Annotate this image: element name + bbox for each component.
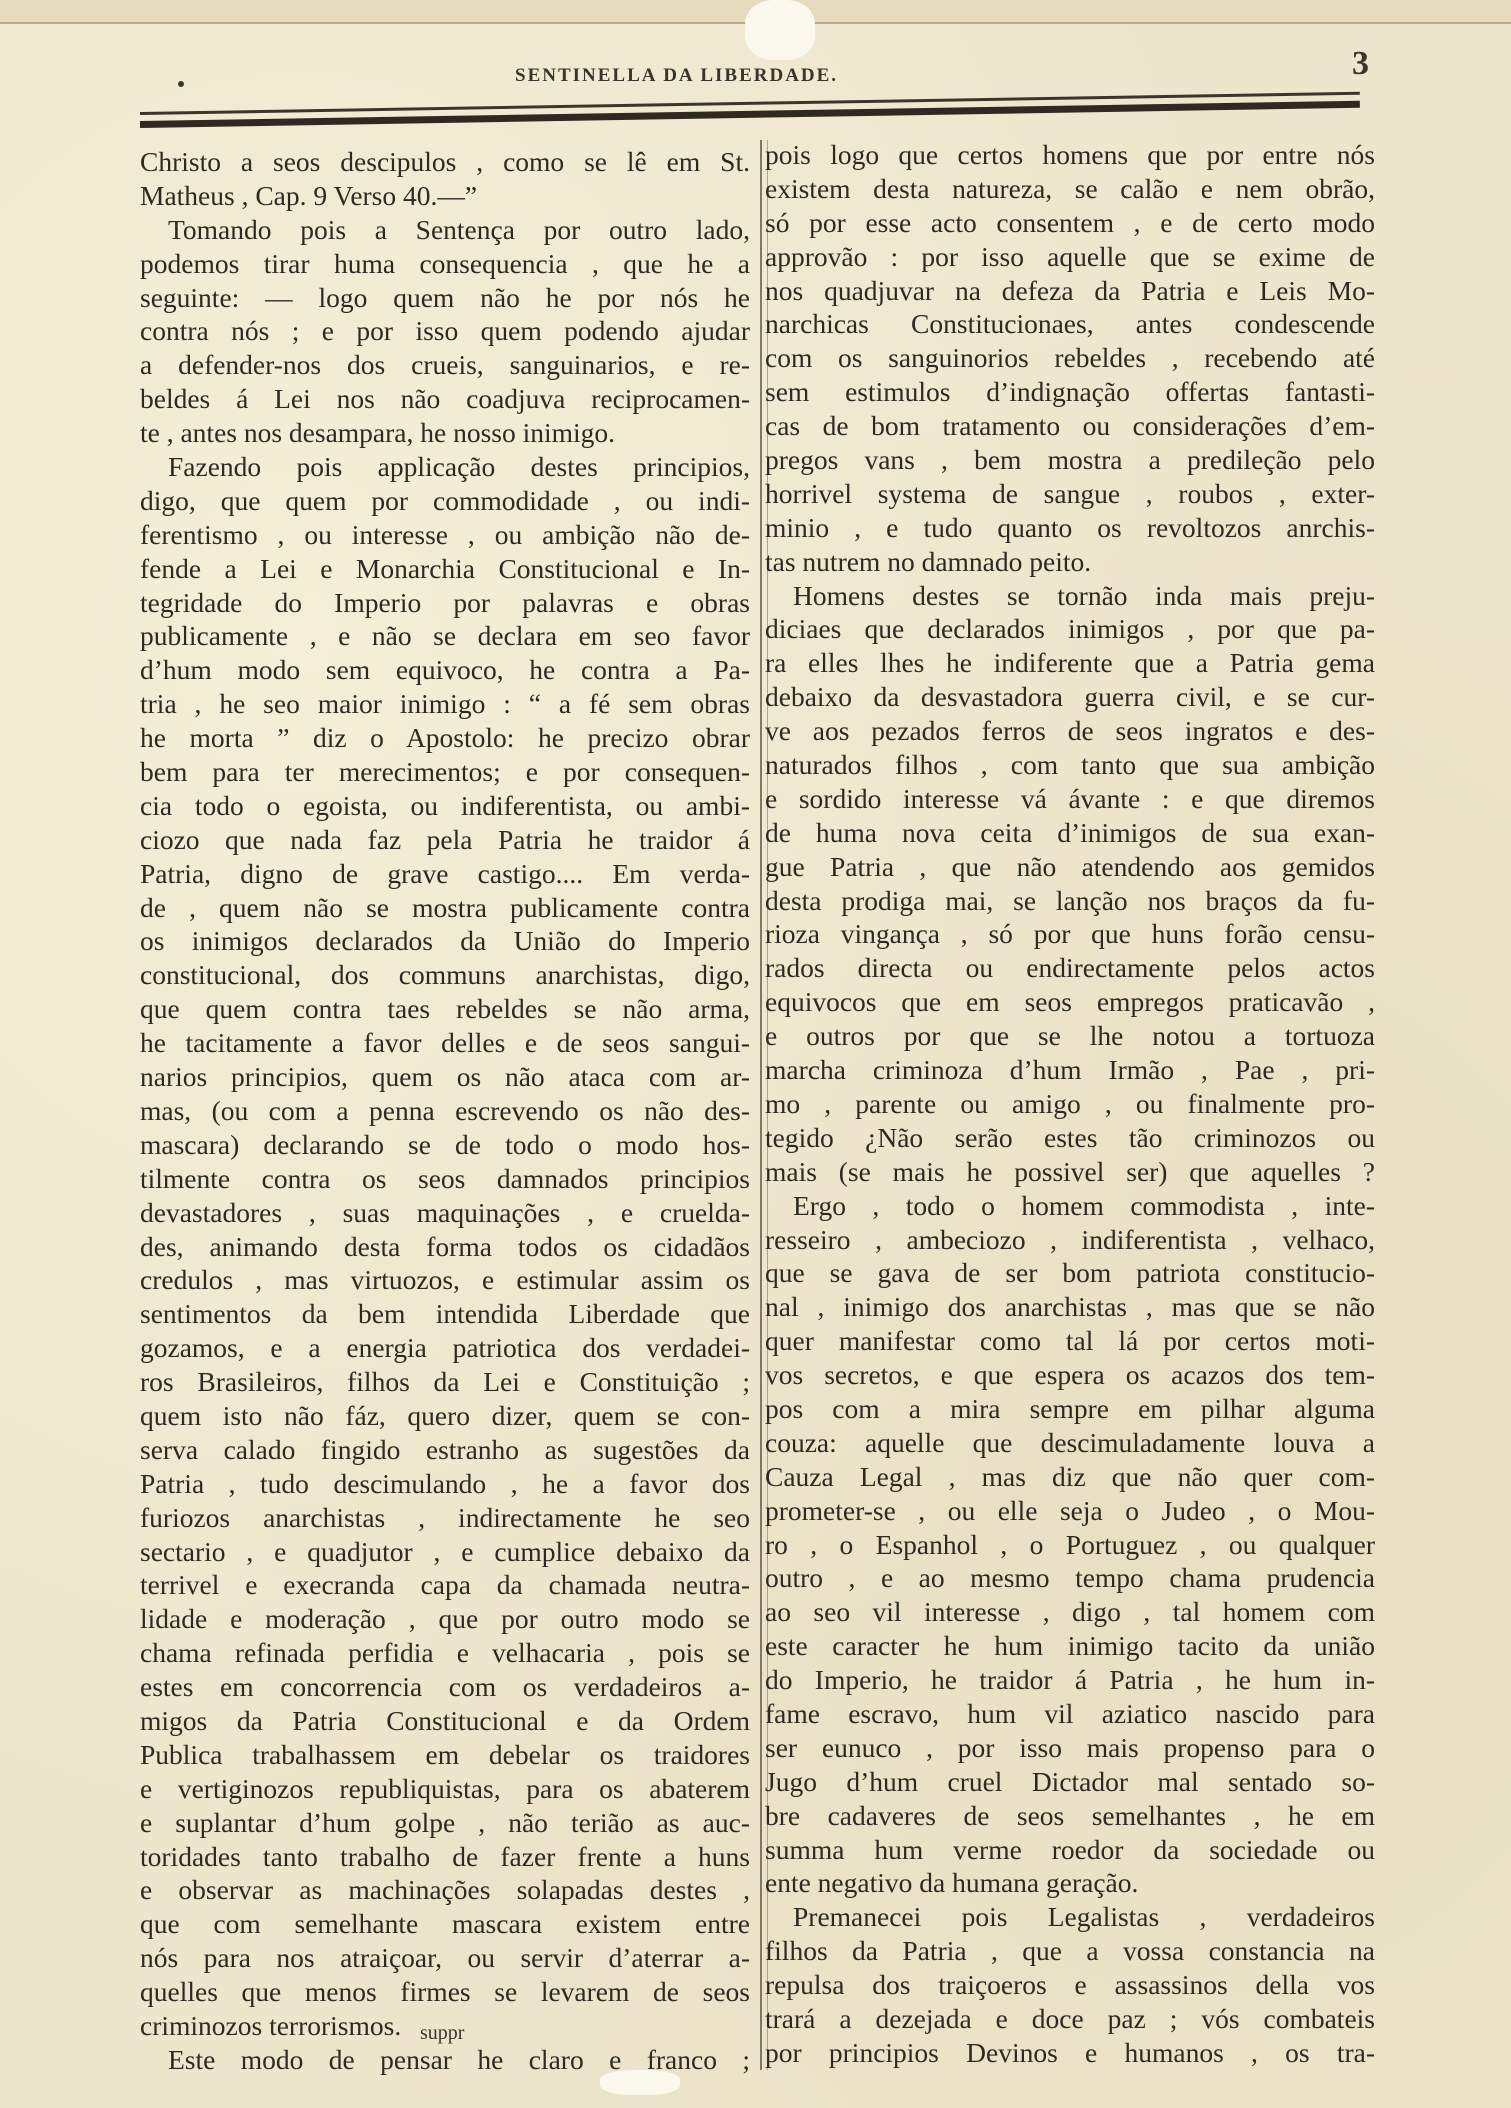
text-line: Premanecei pois Legalistas , verdadeiros bbox=[765, 1900, 1375, 1934]
text-line: horrivel systema de sangue , roubos , ex… bbox=[765, 477, 1375, 511]
text-line: nós para nos atraiçoar, ou servir d’ater… bbox=[140, 1941, 750, 1975]
text-line: nal , inimigo dos anarchistas , mas que … bbox=[765, 1290, 1375, 1324]
text-line: devastadores , suas maquinações , e crue… bbox=[140, 1196, 750, 1230]
text-line: ciozo que nada faz pela Patria he traido… bbox=[140, 823, 750, 857]
text-line: fame escravo, hum vil aziatico nascido p… bbox=[765, 1697, 1375, 1731]
text-line: a defender-nos dos crueis, sanguinarios,… bbox=[140, 348, 750, 382]
text-line: de , quem não se mostra publicamente con… bbox=[140, 891, 750, 925]
text-line: mas, (ou com a penna escrevendo os não d… bbox=[140, 1094, 750, 1128]
text-line: ros Brasileiros, filhos da Lei e Constit… bbox=[140, 1365, 750, 1399]
text-line: marcha criminoza d’hum Irmão , Pae , pri… bbox=[765, 1053, 1375, 1087]
text-line: he tacitamente a favor delles e de seos … bbox=[140, 1026, 750, 1060]
text-line: desta prodiga mai, se lanção nos braços … bbox=[765, 884, 1375, 918]
text-line: ro , o Espanhol , o Portuguez , ou qualq… bbox=[765, 1528, 1375, 1562]
text-line: trará a dezejada e doce paz ; vós combat… bbox=[765, 2002, 1375, 2036]
column-divider bbox=[760, 140, 763, 2070]
text-line: debaixo da desvastadora guerra civil, e … bbox=[765, 680, 1375, 714]
text-line: só por esse acto consentem , e de certo … bbox=[765, 206, 1375, 240]
text-line: tegido ¿Não serão estes tão criminozos o… bbox=[765, 1121, 1375, 1155]
text-line: existem desta natureza, se calão e nem o… bbox=[765, 172, 1375, 206]
text-line: os inimigos declarados da União do Imper… bbox=[140, 924, 750, 958]
text-line: narios principios, quem os não ataca com… bbox=[140, 1060, 750, 1094]
left-column: Christo a seos descipulos , como se lê e… bbox=[140, 145, 750, 2077]
text-line: fende a Lei e Monarchia Constitucional e… bbox=[140, 552, 750, 586]
text-line: beldes á Lei nos não coadjuva reciprocam… bbox=[140, 382, 750, 416]
text-line: podemos tirar huma consequencia , que he… bbox=[140, 247, 750, 281]
text-line: do Imperio, he traidor á Patria , he hum… bbox=[765, 1663, 1375, 1697]
text-line: equivocos que em seos empregos praticavã… bbox=[765, 985, 1375, 1019]
text-line: tria , he seo maior inimigo : “ a fé sem… bbox=[140, 687, 750, 721]
text-line: tilmente contra os seos damnados princip… bbox=[140, 1162, 750, 1196]
text-line: bem para ter merecimentos; e por consequ… bbox=[140, 755, 750, 789]
text-line: constitucional, dos communs anarchistas,… bbox=[140, 958, 750, 992]
text-line: gue Patria , que não atendendo aos gemid… bbox=[765, 850, 1375, 884]
text-line: e suplantar d’hum golpe , não terião as … bbox=[140, 1806, 750, 1840]
text-line: couza: aquelle que descimuladamente louv… bbox=[765, 1426, 1375, 1460]
text-line: com os sanguinorios rebeldes , recebendo… bbox=[765, 341, 1375, 375]
text-line: que se gava de ser bom patriota constitu… bbox=[765, 1256, 1375, 1290]
text-line: terrivel e execranda capa da chamada neu… bbox=[140, 1568, 750, 1602]
text-line: chama refinada perfidia e velhacaria , p… bbox=[140, 1636, 750, 1670]
text-line: mascara) declarando se de todo o modo ho… bbox=[140, 1128, 750, 1162]
text-line: outro , e ao mesmo tempo chama prudencia bbox=[765, 1561, 1375, 1595]
text-line: bre cadaveres de seos semelhantes , he e… bbox=[765, 1799, 1375, 1833]
text-line: de huma nova ceita d’inimigos de sua exa… bbox=[765, 816, 1375, 850]
text-line: resseiro , ambeciozo , indiferentista , … bbox=[765, 1223, 1375, 1257]
text-line: e outros por que se lhe notou a tortuoza bbox=[765, 1019, 1375, 1053]
text-line: repulsa dos traiçoeros e assassinos dell… bbox=[765, 1968, 1375, 2002]
text-line: tas nutrem no damnado peito. bbox=[765, 545, 1375, 579]
text-line: approvão : por isso aquelle que se exime… bbox=[765, 240, 1375, 274]
text-line: que quem contra taes rebeldes se não arm… bbox=[140, 992, 750, 1026]
text-line: Jugo d’hum cruel Dictador mal sentado so… bbox=[765, 1765, 1375, 1799]
text-line: vos secretos, e que espera os acazos dos… bbox=[765, 1358, 1375, 1392]
text-line: ra elles lhes he indiferente que a Patri… bbox=[765, 646, 1375, 680]
text-line: contra nós ; e por isso quem podendo aju… bbox=[140, 314, 750, 348]
text-line: mo , parente ou amigo , ou finalmente pr… bbox=[765, 1087, 1375, 1121]
text-line: ferentismo , ou interesse , ou ambição n… bbox=[140, 518, 750, 552]
text-line: minio , e tudo quanto os revoltozos anrc… bbox=[765, 511, 1375, 545]
text-line: pos com a mira sempre em pilhar alguma bbox=[765, 1392, 1375, 1426]
text-line: Homens destes se tornão inda mais preju- bbox=[765, 579, 1375, 613]
text-line: seguinte: — logo quem não he por nós he bbox=[140, 281, 750, 315]
text-line: e sordido interesse vá ávante : e que di… bbox=[765, 782, 1375, 816]
text-line: publicamente , e não se declara em seo f… bbox=[140, 619, 750, 653]
text-line: digo, que quem por commodidade , ou indi… bbox=[140, 484, 750, 518]
text-line: quelles que menos firmes se levarem de s… bbox=[140, 1975, 750, 2009]
text-line: narchicas Constitucionaes, antes condesc… bbox=[765, 307, 1375, 341]
text-line: ser eunuco , por isso mais propenso para… bbox=[765, 1731, 1375, 1765]
text-line: filhos da Patria , que a vossa constanci… bbox=[765, 1934, 1375, 1968]
text-line: estes em concorrencia com os verdadeiros… bbox=[140, 1670, 750, 1704]
text-line: cas de bom tratamento ou considerações d… bbox=[765, 409, 1375, 443]
ornament-dot bbox=[178, 81, 184, 87]
text-line: d’hum modo sem equivoco, he contra a Pa- bbox=[140, 653, 750, 687]
text-line: Tomando pois a Sentença por outro lado, bbox=[140, 213, 750, 247]
text-line: prometer-se , ou elle seja o Judeo , o M… bbox=[765, 1494, 1375, 1528]
text-line: migos da Patria Constitucional e da Orde… bbox=[140, 1704, 750, 1738]
right-column: pois logo que certos homens que por entr… bbox=[765, 138, 1375, 2070]
text-line: e vertiginozos republiquistas, para os a… bbox=[140, 1772, 750, 1806]
text-line: mais (se mais he possivel ser) que aquel… bbox=[765, 1155, 1375, 1189]
text-line: sem estimulos d’indignação offertas fant… bbox=[765, 375, 1375, 409]
text-line: Este modo de pensar he claro e franco ; bbox=[140, 2043, 750, 2077]
text-line: toridades tanto trabalho de fazer frente… bbox=[140, 1840, 750, 1874]
text-line: que com semelhante mascara existem entre bbox=[140, 1907, 750, 1941]
text-line: des, animando desta forma todos os cidad… bbox=[140, 1230, 750, 1264]
text-line: naturados filhos , com tanto que sua amb… bbox=[765, 748, 1375, 782]
text-line: rados directa ou endirectamente pelos ac… bbox=[765, 951, 1375, 985]
text-line: por principios Devinos e humanos , os tr… bbox=[765, 2036, 1375, 2070]
text-line: furiozos anarchistas , indirectamente he… bbox=[140, 1501, 750, 1535]
text-line: cia todo o egoista, ou indiferentista, o… bbox=[140, 789, 750, 823]
text-line: ve aos pezados ferros de seos ingratos e… bbox=[765, 714, 1375, 748]
text-line: Fazendo pois applicação destes principio… bbox=[140, 450, 750, 484]
text-line: este caracter he hum inimigo tacito da u… bbox=[765, 1629, 1375, 1663]
text-line: credulos , mas virtuozos, e estimular as… bbox=[140, 1263, 750, 1297]
text-line: Ergo , todo o homem commodista , inte- bbox=[765, 1189, 1375, 1223]
text-line: sentimentos da bem intendida Liberdade q… bbox=[140, 1297, 750, 1331]
text-line: diciaes que declarados inimigos , por qu… bbox=[765, 612, 1375, 646]
text-line: pois logo que certos homens que por entr… bbox=[765, 138, 1375, 172]
text-line: ao seo vil interesse , digo , tal homem … bbox=[765, 1595, 1375, 1629]
text-line: summa hum verme roedor da sociedade ou bbox=[765, 1833, 1375, 1867]
catchword: suppr bbox=[420, 2022, 464, 2045]
text-line: sectario , e quadjutor , e cumplice deba… bbox=[140, 1535, 750, 1569]
text-line: Publica trabalhassem em debelar os traid… bbox=[140, 1738, 750, 1772]
paper-damage bbox=[745, 0, 815, 60]
text-line: Patria , tudo descimulando , he a favor … bbox=[140, 1467, 750, 1501]
text-line: nos quadjuvar na defeza da Patria e Leis… bbox=[765, 274, 1375, 308]
running-title: SENTINELLA DA LIBERDADE. bbox=[515, 65, 838, 87]
text-line: e observar as machinações solapadas dest… bbox=[140, 1873, 750, 1907]
text-line: pregos vans , bem mostra a predileção pe… bbox=[765, 443, 1375, 477]
text-line: ente negativo da humana geração. bbox=[765, 1866, 1375, 1900]
text-line: tegridade do Imperio por palavras e obra… bbox=[140, 586, 750, 620]
text-line: lidade e moderação , que por outro modo … bbox=[140, 1602, 750, 1636]
text-line: gozamos, e a energia patriotica dos verd… bbox=[140, 1331, 750, 1365]
text-line: quem isto não fáz, quero dizer, quem se … bbox=[140, 1399, 750, 1433]
text-line: he morta ” diz o Apostolo: he precizo ob… bbox=[140, 721, 750, 755]
text-line: te , antes nos desampara, he nosso inimi… bbox=[140, 416, 750, 450]
text-line: rioza vingança , só por que huns forão c… bbox=[765, 917, 1375, 951]
text-line: quer manifestar como tal lá por certos m… bbox=[765, 1324, 1375, 1358]
text-line: Patria, digno de grave castigo.... Em ve… bbox=[140, 857, 750, 891]
page-number: 3 bbox=[1352, 45, 1369, 83]
text-line: Cauza Legal , mas diz que não quer com- bbox=[765, 1460, 1375, 1494]
text-line: Matheus , Cap. 9 Verso 40.—” bbox=[140, 179, 750, 213]
text-line: Christo a seos descipulos , como se lê e… bbox=[140, 145, 750, 179]
newspaper-page: SENTINELLA DA LIBERDADE. 3 Christo a seo… bbox=[0, 0, 1511, 2108]
text-line: serva calado fingido estranho as sugestõ… bbox=[140, 1433, 750, 1467]
